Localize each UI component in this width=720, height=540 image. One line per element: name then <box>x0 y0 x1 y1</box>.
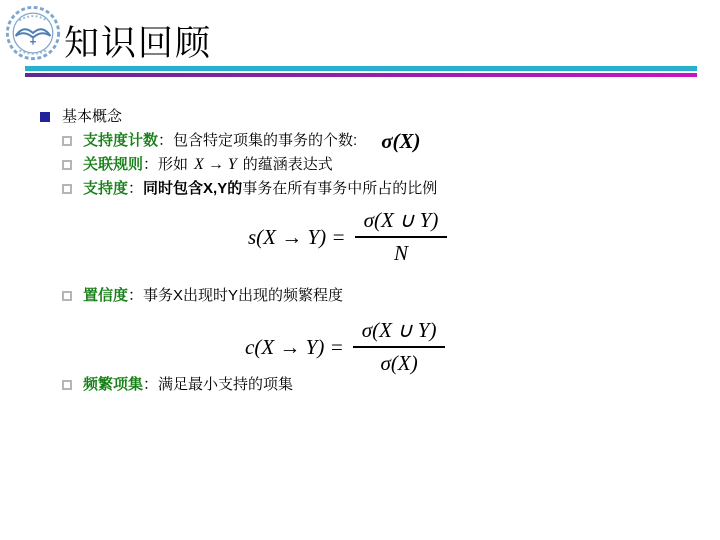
hollow-square-bullet-icon <box>62 160 72 170</box>
bullet-item-support: 支持度：同时包含X,Y的事务在所有事务中所占的比例 <box>62 177 437 201</box>
support-colon: ： <box>128 180 143 197</box>
confidence-formula: c(X → Y) = σ(X ∪ Y) σ(X) <box>245 318 445 376</box>
support-count-desc: 包含特定项集的事务的个数: <box>173 132 357 149</box>
x-implies-y-math: X → Y <box>194 156 237 173</box>
divider-line-magenta <box>25 73 697 77</box>
support-count-text: 支持度计数：包含特定项集的事务的个数: <box>83 131 357 151</box>
support-desc-bold: 同时包含X,Y的 <box>143 180 242 197</box>
association-rule-desc-post: 的蕴涵表达式 <box>243 156 333 173</box>
support-count-term: 支持度计数 <box>83 132 158 149</box>
association-rule-desc-pre: 形如 <box>158 156 188 173</box>
bullet-item-support-count: 支持度计数：包含特定项集的事务的个数: σ(X) <box>62 129 421 153</box>
confidence-formula-fraction: σ(X ∪ Y) σ(X) <box>353 318 446 376</box>
bullet-item-association-rule: 关联规则：形如X → Y的蕴涵表达式 <box>62 153 333 177</box>
confidence-desc: 事务X出现时Y出现的频繁程度 <box>143 287 343 304</box>
support-formula-lhs: s(X → Y) = <box>248 225 346 250</box>
support-term: 支持度 <box>83 180 128 197</box>
frequent-itemset-text: 频繁项集：满足最小支持的项集 <box>83 375 293 395</box>
support-formula-fraction: σ(X ∪ Y) N <box>355 208 448 266</box>
hollow-square-bullet-icon <box>62 380 72 390</box>
confidence-term: 置信度 <box>83 287 128 304</box>
filled-square-bullet-icon <box>40 112 50 122</box>
confidence-colon: ： <box>128 287 143 304</box>
association-rule-colon: ： <box>143 156 158 173</box>
confidence-formula-denominator: σ(X) <box>381 348 418 376</box>
slide: { "slide": { "title": "知识回顾" }, "bullets… <box>0 0 720 540</box>
support-formula-denominator: N <box>394 238 408 266</box>
frequent-itemset-colon: ： <box>143 376 158 393</box>
university-logo <box>4 3 62 63</box>
main-bullet-label: 基本概念 <box>62 107 122 127</box>
frequent-itemset-desc: 满足最小支持的项集 <box>158 376 293 393</box>
sigma-x-formula: σ(X) <box>381 131 420 151</box>
support-formula: s(X → Y) = σ(X ∪ Y) N <box>248 208 447 266</box>
hollow-square-bullet-icon <box>62 291 72 301</box>
bullet-item-confidence: 置信度：事务X出现时Y出现的频繁程度 <box>62 284 343 308</box>
support-desc: 事务在所有事务中所占的比例 <box>242 180 437 197</box>
association-rule-text: 关联规则：形如X → Y的蕴涵表达式 <box>83 155 333 175</box>
confidence-formula-numerator: σ(X ∪ Y) <box>353 318 446 348</box>
support-formula-numerator: σ(X ∪ Y) <box>355 208 448 238</box>
confidence-formula-lhs: c(X → Y) = <box>245 335 344 360</box>
confidence-text: 置信度：事务X出现时Y出现的频繁程度 <box>83 286 343 306</box>
support-count-colon: ： <box>158 132 173 149</box>
hollow-square-bullet-icon <box>62 136 72 146</box>
association-rule-term: 关联规则 <box>83 156 143 173</box>
bullet-item-frequent-itemset: 频繁项集：满足最小支持的项集 <box>62 373 293 397</box>
main-bullet-row: 基本概念 <box>40 106 122 128</box>
page-title: 知识回顾 <box>64 16 212 66</box>
support-text: 支持度：同时包含X,Y的事务在所有事务中所占的比例 <box>83 179 437 199</box>
frequent-itemset-term: 频繁项集 <box>83 376 143 393</box>
hollow-square-bullet-icon <box>62 184 72 194</box>
divider-line-cyan <box>25 66 697 71</box>
